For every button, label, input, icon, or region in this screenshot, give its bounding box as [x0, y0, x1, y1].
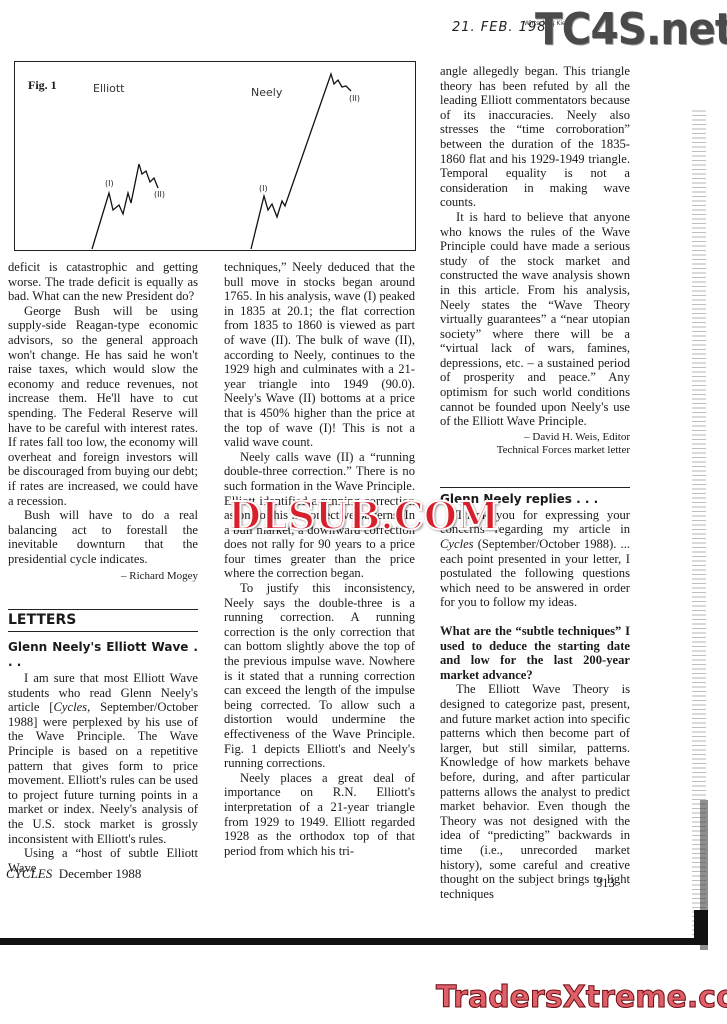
letter-heading: Glenn Neely's Elliott Wave . . .: [8, 640, 198, 670]
footer-journal: CYCLES December 1988: [6, 866, 141, 882]
section-rule: [440, 487, 630, 488]
paragraph: It is hard to believe that anyone who kn…: [440, 210, 630, 429]
paragraph: angle allegedly began. This triangle the…: [440, 64, 630, 210]
scan-corner-edge: [694, 910, 708, 945]
column-2: techniques,” Neely deduced that the bull…: [224, 260, 415, 858]
section-rule-top: [8, 609, 198, 610]
author-signature: – Richard Mogey: [8, 570, 198, 583]
page-number: 313: [596, 876, 615, 891]
author-signature: – David H. Weis, Editor: [440, 431, 630, 444]
elliott-wave-2-label: (II): [154, 190, 165, 199]
paragraph: I am sure that most Elliott Wave student…: [8, 671, 198, 846]
paragraph: The Elliott Wave Theory is designed to c…: [440, 682, 630, 901]
elliott-wave-1-label: (I): [105, 179, 114, 188]
author-affiliation: Technical Forces market letter: [440, 444, 630, 457]
paragraph: Neely places a great deal of importance …: [224, 771, 415, 859]
neely-wave-1-label: (I): [259, 184, 268, 193]
section-rule-bottom: [8, 631, 198, 632]
scan-bottom-edge: [0, 938, 706, 945]
watermark-dlsub: DLSUB.COM: [228, 493, 499, 538]
column-1: deficit is catastrophic and getting wors…: [8, 260, 198, 875]
figure-1: Fig. 1 Elliott Neely (I) (II) (I) (II): [14, 61, 416, 251]
watermark-tc4s: TC4S.net: [535, 4, 727, 55]
journal-name: CYCLES: [6, 866, 52, 881]
paragraph: To justify this inconsistency, Neely say…: [224, 581, 415, 771]
neely-wave-2-label: (II): [349, 94, 360, 103]
paragraph: deficit is catastrophic and getting wors…: [8, 260, 198, 304]
section-title-letters: LETTERS: [8, 613, 198, 628]
wave-diagram: [15, 62, 417, 252]
watermark-tradersxtreme: TradersXtreme.com: [436, 980, 727, 1015]
paragraph: techniques,” Neely deduced that the bull…: [224, 260, 415, 450]
column-3: angle allegedly began. This triangle the…: [440, 64, 630, 901]
issue-date: December 1988: [59, 866, 142, 881]
question-heading: What are the “subtle techniques” I used …: [440, 624, 630, 682]
paragraph: Bush will have to do a real balancing ac…: [8, 508, 198, 566]
paragraph: George Bush will be using supply-side Re…: [8, 304, 198, 508]
